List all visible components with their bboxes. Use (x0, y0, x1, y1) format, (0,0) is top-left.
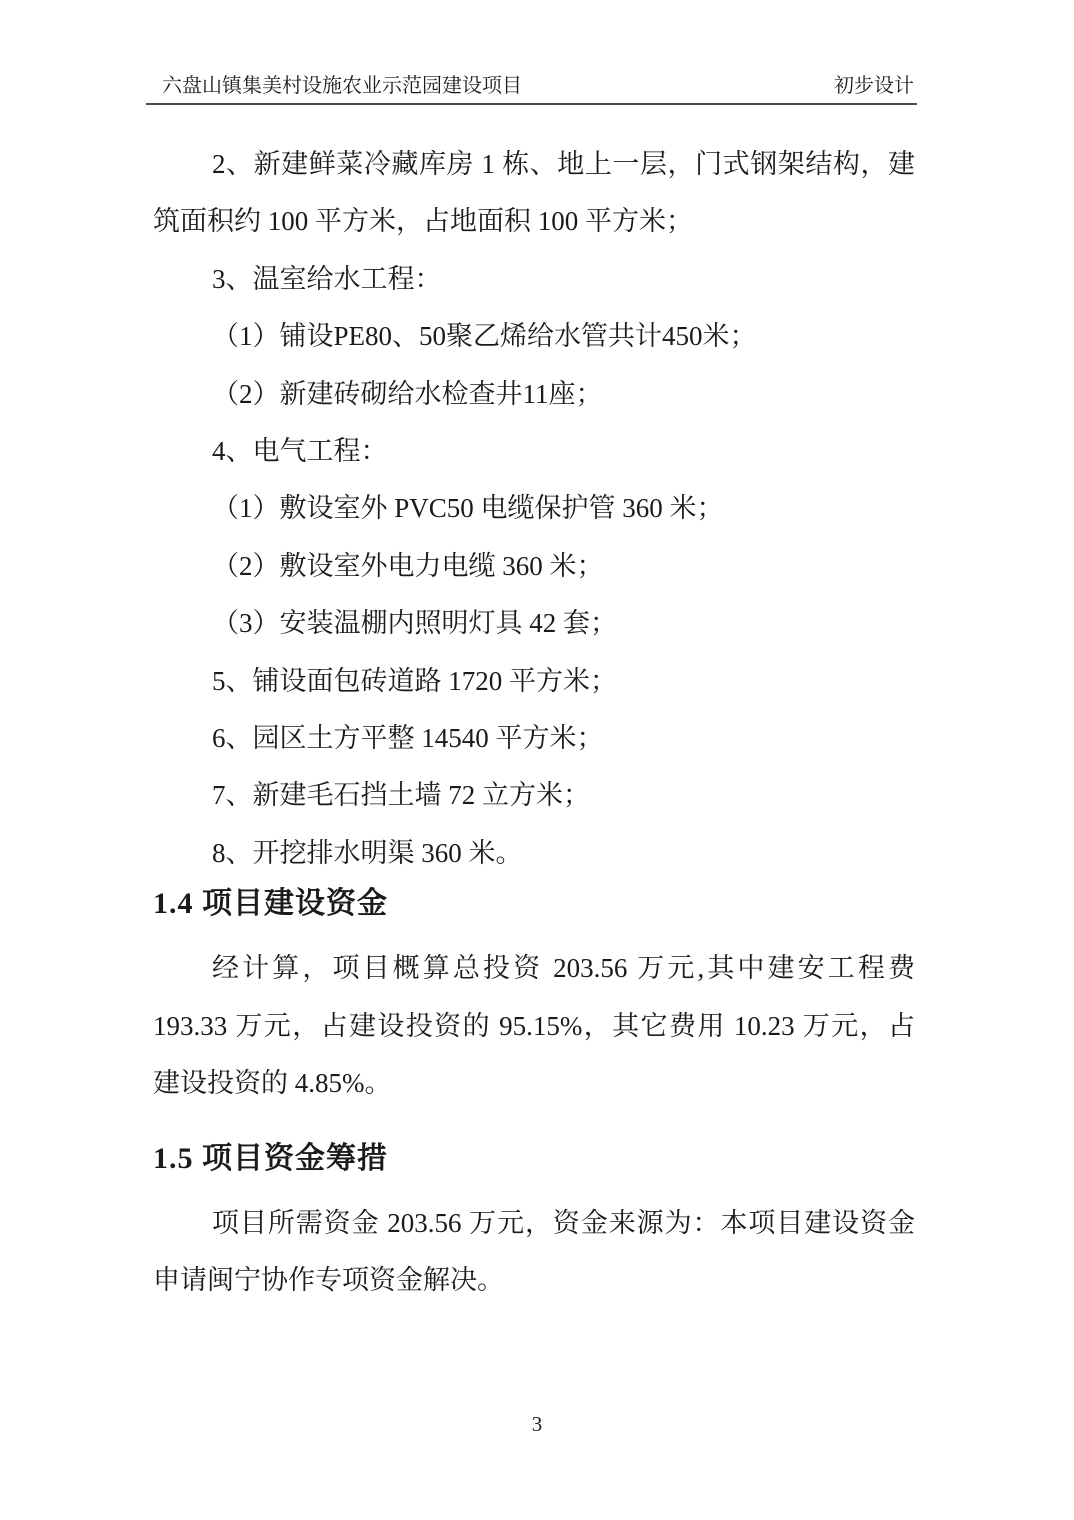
paragraph-line: 4、电气工程： (153, 423, 915, 480)
section-heading-1-5: 1.5 项目资金筹措 (153, 1137, 915, 1181)
list-item: 8、开挖排水明渠 360 米。 (153, 825, 915, 882)
section-heading-1-4: 1.4 项目建设资金 (153, 882, 915, 926)
paragraph-line: （2）敷设室外电力电缆 360 米； (153, 538, 915, 595)
header-doc-type: 初步设计 (834, 74, 917, 98)
paragraph-line: 申请闽宁协作专项资金解决。 (153, 1252, 915, 1309)
list-item: （1）铺设PE80、50聚乙烯给水管共计450米； (153, 308, 915, 365)
paragraph-line: 建设投资的 4.85%。 (153, 1055, 915, 1112)
paragraph-line: 7、新建毛石挡土墙 72 立方米； (153, 767, 915, 824)
paragraph-line: （1）敷设室外 PVC50 电缆保护管 360 米； (153, 480, 915, 537)
paragraph-line: 193.33 万元，占建设投资的 95.15%，其它费用 10.23 万元，占 (153, 998, 915, 1055)
page-number: 3 (532, 1412, 543, 1436)
list-item: 4、电气工程： (153, 423, 915, 480)
paragraph-line: 5、铺设面包砖道路 1720 平方米； (153, 653, 915, 710)
list-item: 5、铺设面包砖道路 1720 平方米； (153, 653, 915, 710)
paragraph-line: 项目所需资金 203.56 万元，资金来源为：本项目建设资金 (153, 1195, 915, 1252)
list-item: （2）敷设室外电力电缆 360 米； (153, 538, 915, 595)
list-item: 2、新建鲜菜冷藏库房 1 栋、地上一层，门式钢架结构，建 筑面积约 100 平方… (153, 136, 915, 251)
document-page: { "header": { "title": "六盘山镇集美村设施农业示范园建设… (0, 0, 1074, 1520)
paragraph-line: 6、园区土方平整 14540 平方米； (153, 710, 915, 767)
list-item: 7、新建毛石挡土墙 72 立方米； (153, 767, 915, 824)
document-body: 2、新建鲜菜冷藏库房 1 栋、地上一层，门式钢架结构，建 筑面积约 100 平方… (153, 136, 915, 1309)
paragraph-line: （3）安装温棚内照明灯具 42 套； (153, 595, 915, 652)
paragraph-line: （2）新建砖砌给水检查井11座； (153, 366, 915, 423)
list-item: 3、温室给水工程： (153, 251, 915, 308)
page-footer: 3 (0, 1410, 1074, 1438)
paragraph-line: 3、温室给水工程： (153, 251, 915, 308)
list-item: （1）敷设室外 PVC50 电缆保护管 360 米； (153, 480, 915, 537)
paragraph-line: 8、开挖排水明渠 360 米。 (153, 825, 915, 882)
list-item: （2）新建砖砌给水检查井11座； (153, 366, 915, 423)
header-project-title: 六盘山镇集美村设施农业示范园建设项目 (146, 74, 522, 98)
page-header: 六盘山镇集美村设施农业示范园建设项目 初步设计 (146, 74, 917, 105)
paragraph-line: 2、新建鲜菜冷藏库房 1 栋、地上一层，门式钢架结构，建 (153, 136, 915, 193)
paragraph: 经计算，项目概算总投资 203.56 万元,其中建安工程费 193.33 万元，… (153, 940, 915, 1112)
paragraph-line: 筑面积约 100 平方米，占地面积 100 平方米； (153, 193, 915, 250)
paragraph-line: （1）铺设PE80、50聚乙烯给水管共计450米； (153, 308, 915, 365)
list-item: 6、园区土方平整 14540 平方米； (153, 710, 915, 767)
paragraph: 项目所需资金 203.56 万元，资金来源为：本项目建设资金 申请闽宁协作专项资… (153, 1195, 915, 1310)
list-item: （3）安装温棚内照明灯具 42 套； (153, 595, 915, 652)
paragraph-line: 经计算，项目概算总投资 203.56 万元,其中建安工程费 (153, 940, 915, 997)
